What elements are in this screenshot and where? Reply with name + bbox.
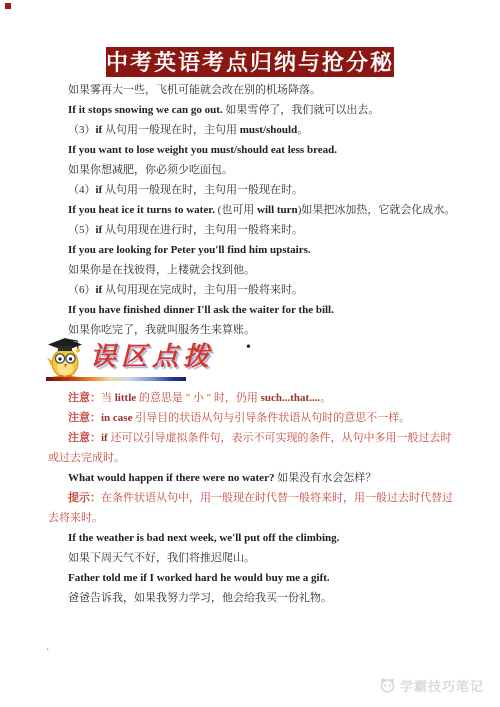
text-line: （4）if 从句用一般现在时，主句用一般现在时。 bbox=[48, 180, 462, 200]
red-text-segment: 的意思是 " 小 " 时，仍用 bbox=[136, 392, 260, 404]
text-line: 如果你想减肥，你必须少吃面包。 bbox=[48, 160, 462, 180]
red-text-segment: 引导目的状语从句与引导条件状语从句时的意思不一样。 bbox=[132, 412, 410, 424]
body-text-bottom: 注意：当 little 的意思是 " 小 " 时，仍用 such...that.… bbox=[48, 388, 462, 608]
mascot-header: 误区点拨 bbox=[44, 335, 264, 382]
text-segment: （6） bbox=[68, 284, 96, 296]
text-line: If you heat ice it turns to water. (也可用 … bbox=[48, 200, 462, 220]
text-segment: 如果你想减肥，你必须少吃面包。 bbox=[68, 164, 233, 176]
page-root: 中考英语考点归纳与抢分秘笈 如果雾再大一些，飞机可能就会改在别的机场降落。If … bbox=[0, 0, 500, 707]
text-segment: If you want to lose weight you must/shou… bbox=[68, 144, 337, 156]
text-segment: 如果没有水会怎样？ bbox=[277, 472, 376, 484]
bullet-dot: • bbox=[246, 340, 251, 356]
text-segment: will turn bbox=[257, 204, 298, 216]
watermark-text: 学霸技巧笔记 bbox=[400, 676, 484, 695]
text-segment: 如果你是在找彼得，上楼就会找到他。 bbox=[68, 264, 255, 276]
text-line: 爸爸告诉我，如果我努力学习，他会给我买一份礼物。 bbox=[48, 588, 462, 608]
text-segment: If you are looking for Peter you'll find… bbox=[68, 244, 311, 256]
text-segment: 从句用一般现在时，主句用 bbox=[102, 124, 240, 136]
text-line: Father told me if I worked hard he would… bbox=[48, 568, 462, 588]
red-text-segment: 提示： bbox=[68, 492, 101, 504]
text-segment: If it stops snowing we can go out. bbox=[68, 104, 225, 116]
text-segment: )如果把冰加热，它就会化成水。 bbox=[298, 204, 456, 216]
text-segment: (也可用 bbox=[218, 204, 257, 216]
mascot-title: 误区点拨 bbox=[90, 336, 214, 373]
text-segment: 爸爸告诉我，如果我努力学习，他会给我买一份礼物。 bbox=[68, 592, 332, 604]
text-segment: 从句用一般现在时，主句用一般现在时。 bbox=[102, 184, 303, 196]
text-line: If it stops snowing we can go out. 如果雪停了… bbox=[48, 100, 462, 120]
owl-graduate-icon bbox=[44, 335, 88, 381]
stray-period-mark: . bbox=[46, 638, 49, 654]
text-segment: Father told me if I worked hard he would… bbox=[68, 572, 330, 584]
text-segment: 如果下周天气不好，我们将推迟爬山。 bbox=[68, 552, 255, 564]
watermark: 学霸技巧笔记 bbox=[379, 676, 484, 695]
text-segment: （4） bbox=[68, 184, 96, 196]
red-text-segment: 还可以引导虚拟条件句，表示不可实现的条件，从句中多用一般过去时或过去完成时。 bbox=[48, 432, 451, 464]
red-text-segment: 注意： bbox=[68, 432, 101, 444]
text-segment: 如果雪停了，我们就可以出去。 bbox=[225, 104, 379, 116]
mascot-underline bbox=[46, 377, 186, 381]
text-line: 注意：in case 引导目的状语从句与引导条件状语从句时的意思不一样。 bbox=[48, 408, 462, 428]
text-line: 如果你是在找彼得，上楼就会找到他。 bbox=[48, 260, 462, 280]
red-text-segment: little bbox=[115, 392, 136, 404]
red-text-segment: in case bbox=[101, 412, 132, 424]
text-segment: 。 bbox=[297, 124, 308, 136]
text-line: If you have finished dinner I'll ask the… bbox=[48, 300, 462, 320]
text-segment: If the weather is bad next week, we'll p… bbox=[68, 532, 339, 544]
text-line: （6）if 从句用现在完成时，主句用一般将来时。 bbox=[48, 280, 462, 300]
body-text-top: 如果雾再大一些，飞机可能就会改在别的机场降落。If it stops snowi… bbox=[48, 80, 462, 340]
text-line: What would happen if there were no water… bbox=[48, 468, 462, 488]
text-segment: 从句用现在进行时，主句用一般将来时。 bbox=[102, 224, 303, 236]
text-line: 提示：在条件状语从句中，用一般现在时代替一般将来时，用一般过去时代替过去将来时。 bbox=[48, 488, 462, 528]
panda-face-icon bbox=[379, 677, 396, 694]
text-line: If you are looking for Peter you'll find… bbox=[48, 240, 462, 260]
text-segment: （5） bbox=[68, 224, 96, 236]
text-line: （3）if 从句用一般现在时，主句用 must/should。 bbox=[48, 120, 462, 140]
text-line: 注意：if 还可以引导虚拟条件句，表示不可实现的条件，从句中多用一般过去时或过去… bbox=[48, 428, 462, 468]
text-segment: （3） bbox=[68, 124, 96, 136]
text-line: 注意：当 little 的意思是 " 小 " 时，仍用 such...that.… bbox=[48, 388, 462, 408]
red-text-segment: 注意： bbox=[68, 412, 101, 424]
title-banner: 中考英语考点归纳与抢分秘笈 bbox=[106, 47, 394, 77]
text-segment: must/should bbox=[240, 124, 297, 136]
red-text-segment: such...that.... bbox=[261, 392, 321, 404]
text-line: If you want to lose weight you must/shou… bbox=[48, 140, 462, 160]
red-text-segment: 在条件状语从句中，用一般现在时代替一般将来时，用一般过去时代替过去将来时。 bbox=[48, 492, 453, 524]
red-text-segment: 。 bbox=[320, 392, 331, 404]
red-text-segment: 当 bbox=[101, 392, 115, 404]
text-line: 如果雾再大一些，飞机可能就会改在别的机场降落。 bbox=[48, 80, 462, 100]
red-text-segment: if bbox=[101, 432, 108, 444]
corner-red-dot bbox=[5, 3, 11, 9]
text-line: （5）if 从句用现在进行时，主句用一般将来时。 bbox=[48, 220, 462, 240]
red-text-segment: 注意： bbox=[68, 392, 101, 404]
text-segment: If you heat ice it turns to water. bbox=[68, 204, 218, 216]
text-line: 如果下周天气不好，我们将推迟爬山。 bbox=[48, 548, 462, 568]
text-segment: 如果雾再大一些，飞机可能就会改在别的机场降落。 bbox=[68, 84, 321, 96]
text-segment: If you have finished dinner I'll ask the… bbox=[68, 304, 334, 316]
text-line: If the weather is bad next week, we'll p… bbox=[48, 528, 462, 548]
text-segment: 从句用现在完成时，主句用一般将来时。 bbox=[102, 284, 303, 296]
text-segment: What would happen if there were no water… bbox=[68, 472, 277, 484]
